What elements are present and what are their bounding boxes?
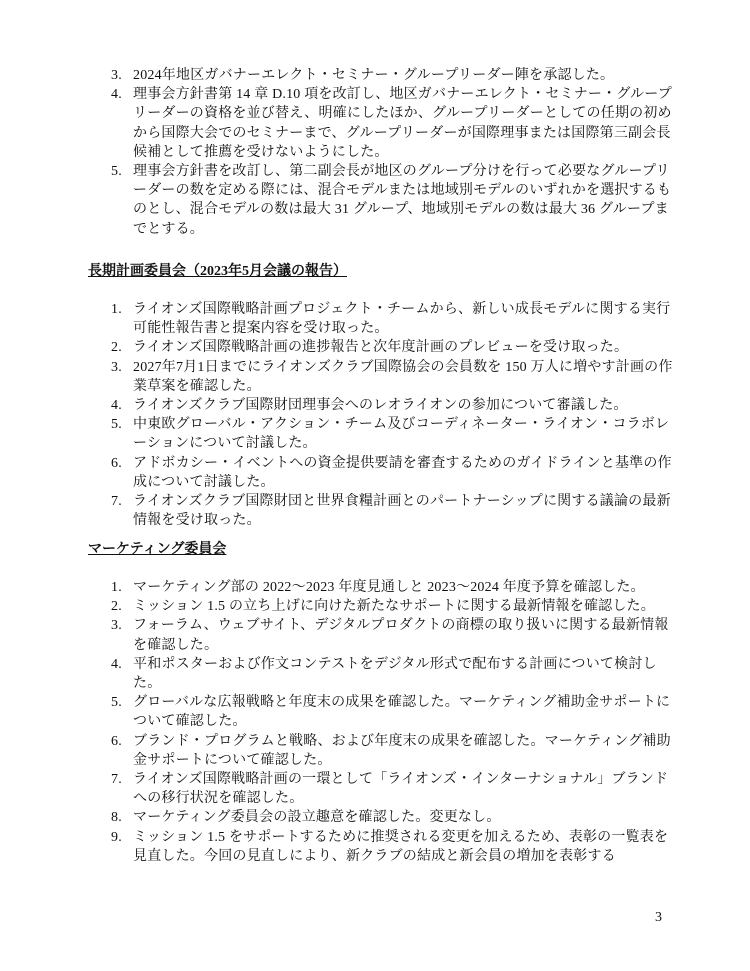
item-text: ライオンズ国際戦略計画プロジェクト・チームから、新しい成長モデルに関する実行可能… — [133, 302, 670, 336]
item-number: 5. — [111, 162, 122, 181]
item-number: 3. — [111, 358, 122, 377]
list-item: 7.ライオンズ国際戦略計画の一環として「ライオンズ・インターナショナル」ブランド… — [88, 770, 673, 808]
item-number: 6. — [111, 454, 122, 473]
item-number: 5. — [111, 693, 122, 712]
item-number: 8. — [111, 808, 122, 827]
item-number: 7. — [111, 492, 122, 511]
item-text: ミッション 1.5 の立ち上げに向けた新たなサポートに関する最新情報を確認した。 — [133, 599, 655, 614]
item-number: 6. — [111, 732, 122, 751]
item-number: 2. — [111, 338, 122, 357]
marketing-committee-section: マーケティング委員会 1.マーケティング部の 2022～2023 年度見通しと … — [88, 540, 688, 866]
board-policy-items: 3.2024年地区ガバナーエレクト・セミナー・グループリーダー陣を承認した。 4… — [88, 66, 688, 239]
item-number: 9. — [111, 828, 122, 847]
list-item: 5.理事会方針書を改訂し、第二副会長が地区のグループ分けを行って必要なグループリ… — [88, 162, 673, 239]
item-text: 理事会方針書を改訂し、第二副会長が地区のグループ分けを行って必要なグループリーダ… — [133, 164, 671, 237]
item-text: マーケティング部の 2022～2023 年度見通しと 2023～2024 年度予… — [133, 580, 645, 595]
list-item: 6.アドボカシー・イベントへの資金提供要請を審査するためのガイドラインと基準の作… — [88, 454, 673, 492]
list-item: 3.2027年7月1日までにライオンズクラブ国際協会の会員数を 150 万人に増… — [88, 358, 673, 396]
item-text: 2024年地区ガバナーエレクト・セミナー・グループリーダー陣を承認した。 — [133, 68, 614, 83]
item-number: 1. — [111, 578, 122, 597]
list-item: 4.理事会方針書第 14 章 D.10 項を改訂し、地区ガバナーエレクト・セミナ… — [88, 85, 673, 162]
list-item: 4.平和ポスターおよび作文コンテストをデジタル形式で配布する計画について検討した… — [88, 655, 673, 693]
list-item: 8.マーケティング委員会の設立趣意を確認した。変更なし。 — [88, 808, 673, 827]
long-range-planning-section: 長期計画委員会（2023年5月会議の報告） 1.ライオンズ国際戦略計画プロジェク… — [88, 262, 688, 530]
item-text: フォーラム、ウェブサイト、デジタルプロダクトの商標の取り扱いに関する最新情報を確… — [133, 618, 669, 652]
item-text: マーケティング委員会の設立趣意を確認した。変更なし。 — [133, 810, 501, 825]
item-text: ライオンズクラブ国際財団と世界食糧計画とのパートナーシップに関する議論の最新情報… — [133, 494, 671, 528]
item-text: 2027年7月1日までにライオンズクラブ国際協会の会員数を 150 万人に増やす… — [133, 360, 673, 394]
list-item: 1.マーケティング部の 2022～2023 年度見通しと 2023～2024 年… — [88, 578, 673, 597]
document-page: 3.2024年地区ガバナーエレクト・セミナー・グループリーダー陣を承認した。 4… — [0, 0, 750, 971]
list-item: 2.ライオンズ国際戦略計画の進捗報告と次年度計画のプレビューを受け取った。 — [88, 338, 673, 357]
item-number: 4. — [111, 655, 122, 674]
item-text: ライオンズクラブ国際財団理事会へのレオライオンの参加について審議した。 — [133, 398, 628, 413]
list-item: 7.ライオンズクラブ国際財団と世界食糧計画とのパートナーシップに関する議論の最新… — [88, 492, 673, 530]
item-text: ブランド・プログラムと戦略、および年度末の成果を確認した。マーケティング補助金サ… — [133, 734, 671, 768]
item-number: 3. — [111, 66, 122, 85]
numbered-list: 3.2024年地区ガバナーエレクト・セミナー・グループリーダー陣を承認した。 4… — [88, 66, 688, 239]
item-text: アドボカシー・イベントへの資金提供要請を審査するためのガイドラインと基準の作成に… — [133, 456, 672, 490]
list-item: 3.フォーラム、ウェブサイト、デジタルプロダクトの商標の取り扱いに関する最新情報… — [88, 616, 673, 654]
page-number: 3 — [655, 910, 662, 926]
item-text: ライオンズ国際戦略計画の一環として「ライオンズ・インターナショナル」ブランドへの… — [133, 772, 668, 806]
item-number: 3. — [111, 616, 122, 635]
list-item: 6.ブランド・プログラムと戦略、および年度末の成果を確認した。マーケティング補助… — [88, 732, 673, 770]
item-number: 4. — [111, 396, 122, 415]
item-number: 1. — [111, 300, 122, 319]
item-text: 理事会方針書第 14 章 D.10 項を改訂し、地区ガバナーエレクト・セミナー・… — [133, 87, 672, 160]
item-text: ライオンズ国際戦略計画の進捗報告と次年度計画のプレビューを受け取った。 — [133, 340, 628, 355]
item-text: ミッション 1.5 をサポートするために推奨される変更を加えるため、表彰の一覧表… — [133, 830, 668, 864]
item-number: 2. — [111, 597, 122, 616]
list-item: 5.グローバルな広報戦略と年度末の成果を確認した。マーケティング補助金サポートに… — [88, 693, 673, 731]
list-item: 2.ミッション 1.5 の立ち上げに向けた新たなサポートに関する最新情報を確認し… — [88, 597, 673, 616]
list-item: 4.ライオンズクラブ国際財団理事会へのレオライオンの参加について審議した。 — [88, 396, 673, 415]
section-heading: 長期計画委員会（2023年5月会議の報告） — [88, 262, 688, 281]
section-heading: マーケティング委員会 — [88, 540, 688, 559]
item-text: 中東欧グローバル・アクション・チーム及びコーディネーター・ライオン・コラボレーシ… — [133, 417, 669, 451]
item-text: グローバルな広報戦略と年度末の成果を確認した。マーケティング補助金サポートについ… — [133, 695, 670, 729]
list-item: 5.中東欧グローバル・アクション・チーム及びコーディネーター・ライオン・コラボレ… — [88, 415, 673, 453]
item-number: 5. — [111, 415, 122, 434]
list-item: 1.ライオンズ国際戦略計画プロジェクト・チームから、新しい成長モデルに関する実行… — [88, 300, 673, 338]
numbered-list: 1.マーケティング部の 2022～2023 年度見通しと 2023～2024 年… — [88, 578, 688, 866]
item-text: 平和ポスターおよび作文コンテストをデジタル形式で配布する計画について検討した。 — [133, 657, 657, 691]
list-item: 3.2024年地区ガバナーエレクト・セミナー・グループリーダー陣を承認した。 — [88, 66, 673, 85]
numbered-list: 1.ライオンズ国際戦略計画プロジェクト・チームから、新しい成長モデルに関する実行… — [88, 300, 688, 530]
list-item: 9.ミッション 1.5 をサポートするために推奨される変更を加えるため、表彰の一… — [88, 828, 673, 866]
item-number: 4. — [111, 85, 122, 104]
item-number: 7. — [111, 770, 122, 789]
